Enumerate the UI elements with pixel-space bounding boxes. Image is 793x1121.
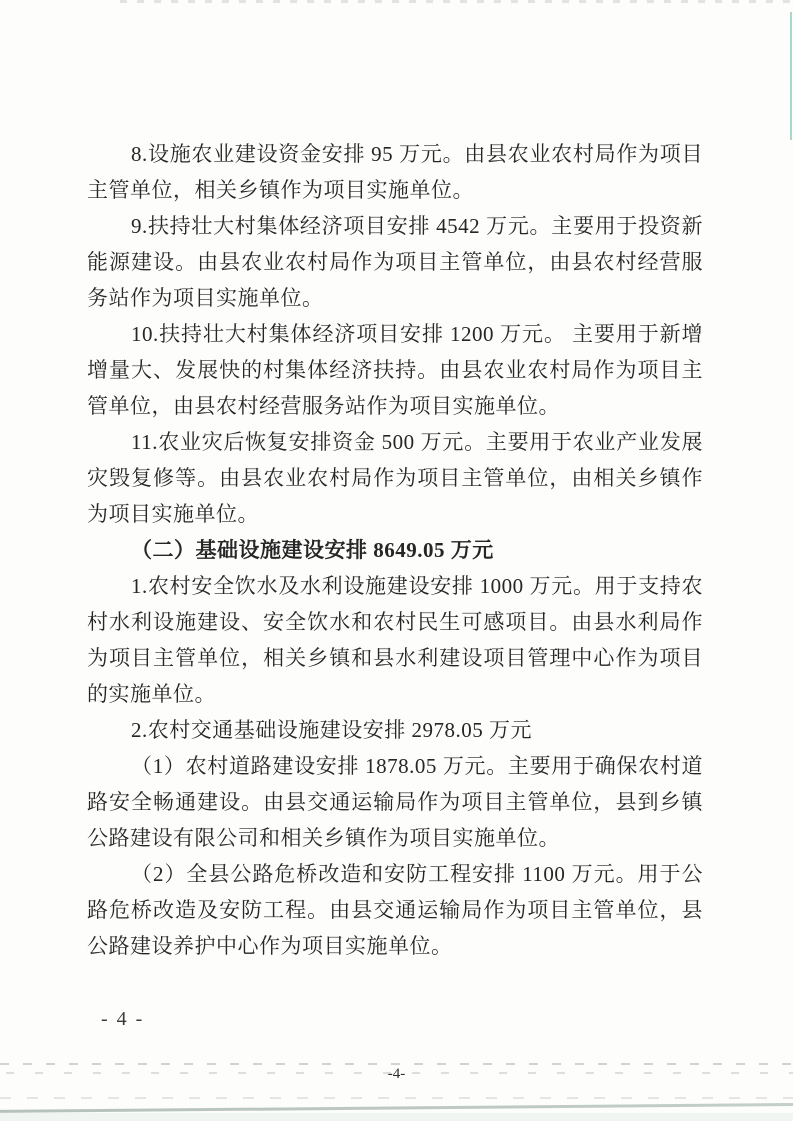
text-line: 能源建设。由县农业农村局作为项目主管单位，由县农村经营服 xyxy=(87,244,703,280)
text-line: 务站作为项目实施单位。 xyxy=(87,280,703,316)
text-line: 10.扶持壮大村集体经济项目安排 1200 万元。 主要用于新增 xyxy=(87,316,703,352)
paragraph-item-bridges: （2）全县公路危桥改造和安防工程安排 1100 万元。用于公 路危桥改造及安防工… xyxy=(87,856,703,964)
text-line: 增量大、发展快的村集体经济扶持。由县农业农村局作为项目主 xyxy=(87,352,703,388)
paragraph-item-11: 11.农业灾后恢复安排资金 500 万元。主要用于农业产业发展 灾毁复修等。由县… xyxy=(87,424,703,532)
scan-bottom-edge xyxy=(0,1113,793,1121)
scan-noise-band xyxy=(0,1063,793,1065)
text-line: （2）全县公路危桥改造和安防工程安排 1100 万元。用于公 xyxy=(87,856,703,892)
scan-noise-top xyxy=(120,0,793,3)
subheading-rural-transport: 2.农村交通基础设施建设安排 2978.05 万元 xyxy=(87,712,703,748)
paragraph-item-8: 8.设施农业建设资金安排 95 万元。由县农业农村局作为项目 主管单位，相关乡镇… xyxy=(87,136,703,208)
subheading-text: 2.农村交通基础设施建设安排 2978.05 万元 xyxy=(87,712,703,748)
text-line: 的实施单位。 xyxy=(87,676,703,712)
scan-noise-band xyxy=(0,1072,793,1074)
scan-noise-band xyxy=(0,1097,793,1099)
text-line: 路危桥改造及安防工程。由县交通运输局作为项目主管单位，县 xyxy=(87,892,703,928)
text-line: 1.农村安全饮水及水利设施建设安排 1000 万元。用于支持农 xyxy=(87,568,703,604)
text-line: 灾毁复修等。由县农业农村局作为项目主管单位，由相关乡镇作 xyxy=(87,460,703,496)
text-line: 为项目主管单位，相关乡镇和县水利建设项目管理中心作为项目 xyxy=(87,640,703,676)
text-line: 11.农业灾后恢复安排资金 500 万元。主要用于农业产业发展 xyxy=(87,424,703,460)
scanned-document-page: 8.设施农业建设资金安排 95 万元。由县农业农村局作为项目 主管单位，相关乡镇… xyxy=(0,0,793,1121)
text-line: 主管单位，相关乡镇作为项目实施单位。 xyxy=(87,172,703,208)
paragraph-item-10: 10.扶持壮大村集体经济项目安排 1200 万元。 主要用于新增 增量大、发展快… xyxy=(87,316,703,424)
text-line: （1）农村道路建设安排 1878.05 万元。主要用于确保农村道 xyxy=(87,748,703,784)
section-heading-text: （二）基础设施建设安排 8649.05 万元 xyxy=(87,532,703,568)
text-line: 8.设施农业建设资金安排 95 万元。由县农业农村局作为项目 xyxy=(87,136,703,172)
scan-shadow-diagonal-line xyxy=(0,1103,793,1113)
paragraph-item-9: 9.扶持壮大村集体经济项目安排 4542 万元。主要用于投资新 能源建设。由县农… xyxy=(87,208,703,316)
text-line: 为项目实施单位。 xyxy=(87,496,703,532)
document-body: 8.设施农业建设资金安排 95 万元。由县农业农村局作为项目 主管单位，相关乡镇… xyxy=(87,136,703,964)
page-number-center: -4- xyxy=(0,1066,793,1083)
paragraph-item-water: 1.农村安全饮水及水利设施建设安排 1000 万元。用于支持农 村水利设施建设、… xyxy=(87,568,703,712)
text-line: 9.扶持壮大村集体经济项目安排 4542 万元。主要用于投资新 xyxy=(87,208,703,244)
text-line: 村水利设施建设、安全饮水和农村民生可感项目。由县水利局作 xyxy=(87,604,703,640)
section-heading-infrastructure: （二）基础设施建设安排 8649.05 万元 xyxy=(87,532,703,568)
text-line: 公路建设养护中心作为项目实施单位。 xyxy=(87,928,703,964)
scan-edge-line-right xyxy=(790,12,792,140)
text-line: 管单位，由县农村经营服务站作为项目实施单位。 xyxy=(87,388,703,424)
page-number-left: - 4 - xyxy=(101,1008,144,1031)
text-line: 公路建设有限公司和相关乡镇作为项目实施单位。 xyxy=(87,820,703,856)
text-line: 路安全畅通建设。由县交通运输局作为项目主管单位，县到乡镇 xyxy=(87,784,703,820)
paragraph-item-roads: （1）农村道路建设安排 1878.05 万元。主要用于确保农村道 路安全畅通建设… xyxy=(87,748,703,856)
